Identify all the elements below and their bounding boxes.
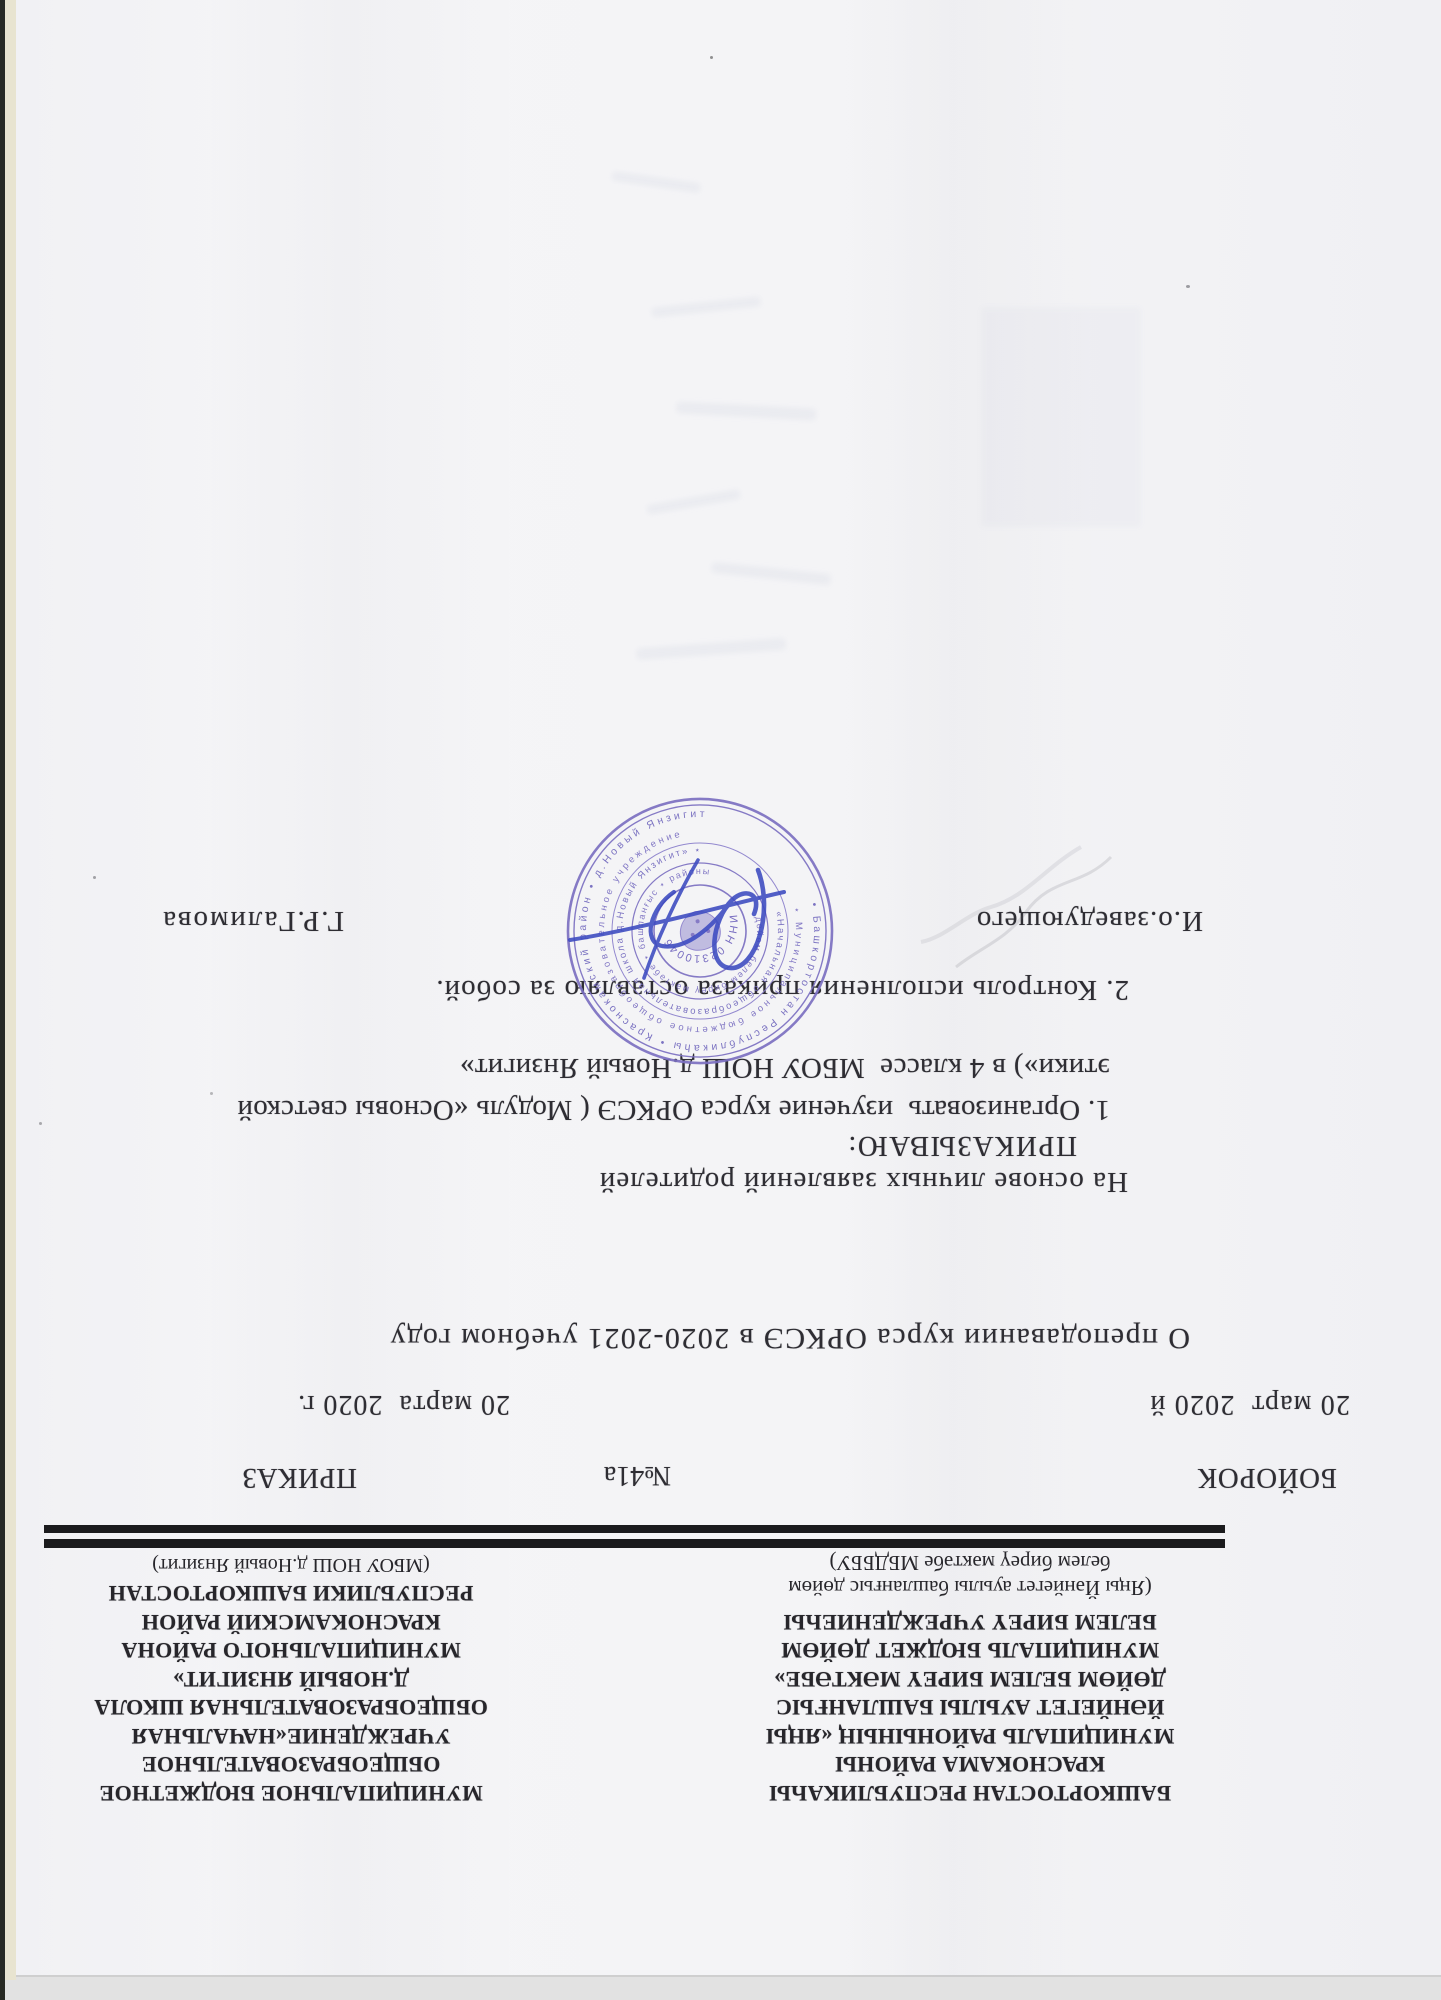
body-item1-line1: 1. Организовать изучение курса ОРКСЭ ( М… [237,1093,1110,1126]
dust-speck [210,1092,213,1095]
letterhead-line: УЧРЕЖДЕНИЕ«НАЧАЛЬНАЯ [71,1722,511,1751]
order-title: О преподавании курса ОРКСЭ в 2020-2021 у… [389,1321,1190,1355]
letterhead-line: БАШКОРТОСТАН РЕСПУБЛИКАҺЫ [750,1779,1190,1808]
scanner-edge-beige [5,0,16,1980]
bleed-through-smudge [611,171,702,193]
bleed-through-smudge [981,307,1141,527]
pencil-smudge [911,837,1121,997]
scanner-background-strip [5,1977,1441,2000]
order-date-russian: 20 марта 2020 г. [297,1388,510,1420]
signature-name: Г.Р.Галимова [161,904,344,937]
letterhead-line: БЕЛЕМ БИРЕҮ УЧРЕЖДЕНИЕҺЫ [750,1608,1190,1637]
letterhead-line: РЕСПУБЛИКИ БАШКОРТОСТАН [71,1579,511,1608]
paper-sheet: БАШКОРТОСТАН РЕСПУБЛИКАҺЫ КРАСНОКАМА РАЙ… [16,0,1441,1977]
letterhead-line: МУНИЦИПАЛЬНОГО РАЙОНА [71,1636,511,1665]
letterhead-line: МУНИЦИПАЛЬ БЮДЖЕТ ДӨЙӨМ [750,1636,1190,1665]
letterhead-rule-top [44,1539,1225,1548]
letterhead-line: ОБЩЕОБРАЗОВАТЕЛЬНАЯ ШКОЛА [71,1693,511,1722]
dust-speck [39,1122,42,1125]
letterhead-line: Д.НОВЫЙ ЯНЗИГИТ» [71,1665,511,1694]
bleed-through-smudge [676,401,816,420]
letterhead-line-small: белем биреү мәктәбе МБДББУ) [750,1551,1190,1576]
document-content-rotated-180: БАШКОРТОСТАН РЕСПУБЛИКАҺЫ КРАСНОКАМА РАЙ… [16,0,1441,1977]
letterhead-rule-bottom [44,1525,1225,1533]
order-number: №41а [604,1459,671,1491]
bleed-through-smudge [651,296,761,317]
letterhead-line: ДӨЙӨМ БЕЛЕМ БИРЕҮ МӘКТӘБЕ» [750,1665,1190,1694]
letterhead-line: ЙӘНЙЕГЕТ АУЫЛЫ БАШЛАНҒЫС [750,1693,1190,1722]
letterhead-line-small: (Яңы Йәнйегет ауылы башланғыс дөйөм [750,1576,1190,1601]
letterhead-line: МУНИЦИПАЛЬНОЕ БЮДЖЕТНОЕ [71,1779,511,1808]
letterhead-line: МУНИЦИПАЛЬ РАЙОНЫНЫҢ «ЯҢЫ [750,1722,1190,1751]
scanned-page: БАШКОРТОСТАН РЕСПУБЛИКАҺЫ КРАСНОКАМА РАЙ… [0,0,1441,2000]
letterhead-bashkir-column: БАШКОРТОСТАН РЕСПУБЛИКАҺЫ КРАСНОКАМА РАЙ… [750,1551,1190,1808]
dust-speck [1186,285,1190,288]
letterhead-line: КРАСНОКАМА РАЙОНЫ [750,1750,1190,1779]
dust-speck [93,876,96,879]
body-intro: На основе личных заявлений родителей [599,1165,1128,1198]
order-word-bashkir: БОЙОРОК [1197,1461,1337,1494]
bleed-through-smudge [711,562,831,585]
order-date-bashkir: 20 март 2020 й [1149,1388,1350,1420]
letterhead-russian-column: МУНИЦИПАЛЬНОЕ БЮДЖЕТНОЕ ОБЩЕОБРАЗОВАТЕЛЬ… [71,1552,511,1807]
bleed-through-smudge [646,489,741,515]
body-resolve-word: ПРИКАЗЫВАЮ: [847,1129,1077,1162]
order-word-russian: ПРИКАЗ [242,1461,357,1494]
dust-speck [710,56,713,59]
pen-signature [561,842,796,992]
letterhead-line: ОБЩЕОБРАЗОВАТЕЛЬНОЕ [71,1750,511,1779]
letterhead-line-small: (МБОУ НОШ д.Новый Янзигит) [71,1552,511,1577]
bleed-through-smudge [636,638,786,660]
letterhead-line: КРАСНОКАМСКИЙ РАЙОН [71,1608,511,1637]
